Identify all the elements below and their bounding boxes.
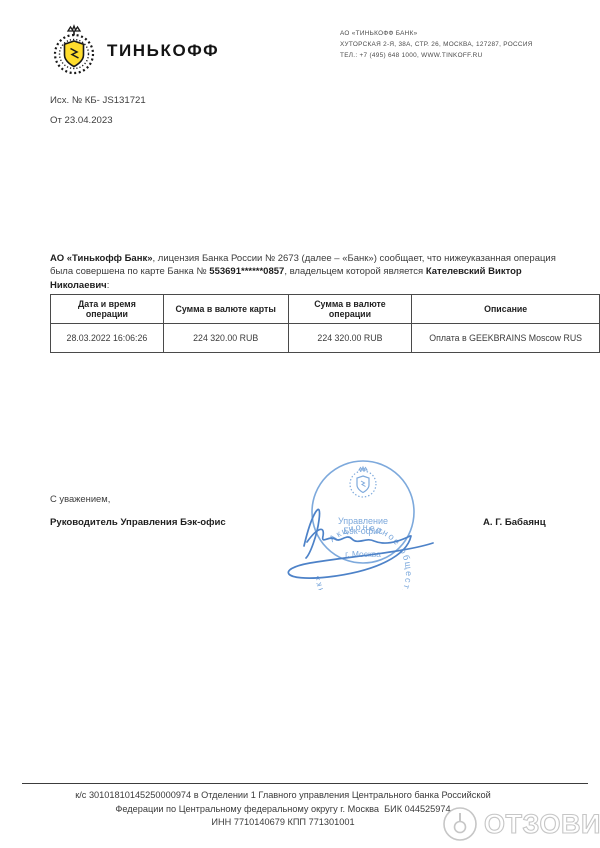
card-number: 553691******0857 [209,266,284,277]
tinkoff-logo: ТИНЬКОФФ [50,24,219,77]
signoff-greeting: С уважением, [50,493,110,504]
stamp-center-line2: Бэк-офис [343,526,383,536]
letter-date: От 23.04.2023 [50,115,146,126]
col-header-card-amount: Сумма в валюте карты [163,295,288,324]
table-header-row: Дата и время операции Сумма в валюте кар… [51,295,600,324]
signoff-position: Руководитель Управления Бэк-офис [50,517,226,528]
cell-description: Оплата в GEEKBRAINS Moscow RUS [412,324,600,353]
footer-divider [22,783,588,784]
outgoing-number: Исх. № КБ- JS131721 [50,95,146,106]
otzovik-watermark: ОТЗОВИК [441,805,600,843]
table-row: 28.03.2022 16:06:26 224 320.00 RUB 224 3… [51,324,600,353]
transaction-table: Дата и время операции Сумма в валюте кар… [50,294,600,353]
stamp-crest-icon [350,467,376,497]
bank-address: ХУТОРСКАЯ 2-Я, 38А, СТР. 26, МОСКВА, 127… [340,39,533,50]
bank-contact-block: АО «ТИНЬКОФФ БАНК» ХУТОРСКАЯ 2-Я, 38А, С… [340,28,533,61]
signoff-name: А. Г. Бабаянц [483,517,546,528]
bank-stamp: Акционерное общество «Тинькофф Банк» Упр… [260,448,442,590]
col-header-operation-amount: Сумма в валюте операции [288,295,412,324]
watermark-text: ОТЗОВИК [484,809,600,840]
intro-text-2: , владельцем которой является [284,266,426,277]
footer-line-1: к/с 30101810145250000974 в Отделении 1 Г… [0,789,566,803]
col-header-description: Описание [412,295,600,324]
cell-datetime: 28.03.2022 16:06:26 [51,324,164,353]
intro-text-3: : [107,280,110,291]
cell-card-amount: 224 320.00 RUB [163,324,288,353]
col-header-datetime: Дата и время операции [51,295,164,324]
tinkoff-crest-icon [50,24,98,78]
logo-wordmark: ТИНЬКОФФ [107,41,219,61]
bank-name: АО «ТИНЬКОФФ БАНК» [340,28,533,39]
bank-phone: ТЕЛ.: +7 (495) 648 1000, WWW.TINKOFF.RU [340,50,533,61]
cell-operation-amount: 224 320.00 RUB [288,324,412,353]
bank-letter-document: ТИНЬКОФФ АО «ТИНЬКОФФ БАНК» ХУТОРСКАЯ 2-… [0,0,600,848]
reference-block: Исх. № КБ- JS131721 От 23.04.2023 [50,95,146,135]
intro-paragraph: АО «Тинькофф Банк», лицензия Банка Росси… [50,252,562,293]
otzovik-logo-icon [441,805,479,843]
stamp-center-line1: Управление [338,516,388,526]
bank-name-bold: АО «Тинькофф Банк» [50,253,153,264]
